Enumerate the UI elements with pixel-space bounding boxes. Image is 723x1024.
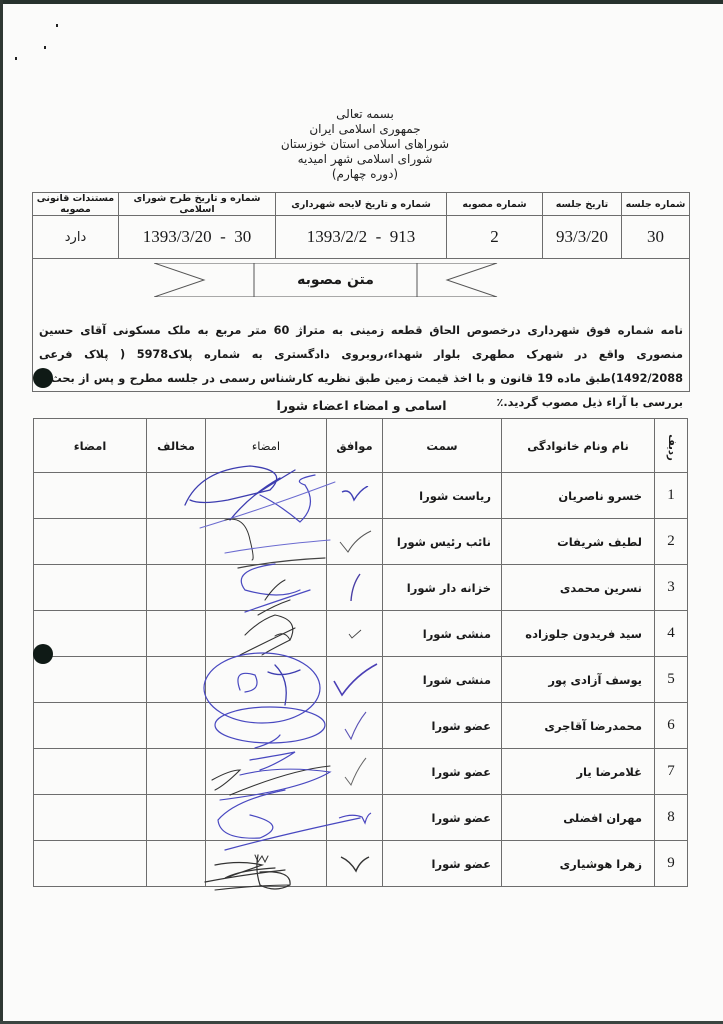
- header-legal-basis: مستندات قانونی مصوبه: [33, 193, 119, 216]
- member-position: ریاست شورا: [383, 473, 502, 519]
- member-position: عضو شورا: [383, 749, 502, 795]
- header-session-date: تاریخ جلسه: [543, 193, 622, 216]
- member-signature-agree: [206, 749, 327, 795]
- member-row-number: 6: [655, 703, 688, 749]
- member-signature-agree: [206, 611, 327, 657]
- council-plan: 1393/3/20 - 30: [119, 216, 276, 259]
- member-signature-disagree: [34, 657, 147, 703]
- member-row: 5 یوسف آزادی پور منشی شورا: [34, 657, 688, 703]
- member-position: منشی شورا: [383, 657, 502, 703]
- checkmark-icon: [343, 711, 367, 741]
- members-section-title: اسامی و امضاء اعضاء شورا: [0, 398, 723, 413]
- member-name: سید فریدون جلوزاده: [502, 611, 655, 657]
- info-table-header-row: شماره جلسه تاریخ جلسه شماره مصوبه شماره …: [33, 193, 690, 216]
- checkmark-icon: [340, 855, 370, 873]
- header-line-republic: جمهوری اسلامی ایران: [250, 122, 480, 137]
- member-signature-agree: [206, 841, 327, 887]
- member-agree-cell: [327, 795, 383, 841]
- header-session-number: شماره جلسه: [622, 193, 690, 216]
- session-date: 93/3/20: [543, 216, 622, 259]
- member-position: عضو شورا: [383, 795, 502, 841]
- member-row: 7 غلامرضا یار عضو شورا: [34, 749, 688, 795]
- member-row: 2 لطیف شریفات نائب رئیس شورا: [34, 519, 688, 565]
- member-name: غلامرضا یار: [502, 749, 655, 795]
- member-name: محمدرضا آقاجری: [502, 703, 655, 749]
- member-disagree-cell: [147, 473, 206, 519]
- member-row: 8 مهران افضلی عضو شورا: [34, 795, 688, 841]
- member-name: خسرو ناصریان: [502, 473, 655, 519]
- member-signature-disagree: [34, 519, 147, 565]
- document-header: بسمه تعالی جمهوری اسلامی ایران شوراهای ا…: [250, 107, 480, 182]
- member-position: عضو شورا: [383, 841, 502, 887]
- header-disagree: مخالف: [147, 419, 206, 473]
- checkmark-icon: [338, 530, 372, 554]
- member-disagree-cell: [147, 749, 206, 795]
- member-disagree-cell: [147, 611, 206, 657]
- member-agree-cell: [327, 703, 383, 749]
- header-row-number: ردیف: [655, 419, 688, 473]
- member-signature-disagree: [34, 703, 147, 749]
- header-resolution-number: شماره مصوبه: [447, 193, 543, 216]
- member-signature-disagree: [34, 749, 147, 795]
- member-row-number: 5: [655, 657, 688, 703]
- member-agree-cell: [327, 611, 383, 657]
- header-municipality-bill: شماره و تاریخ لایحه شهرداری: [276, 193, 447, 216]
- session-number: 30: [622, 216, 690, 259]
- member-signature-disagree: [34, 565, 147, 611]
- binder-hole: [33, 368, 53, 388]
- scan-speck: [15, 57, 17, 60]
- resolution-number: 2: [447, 216, 543, 259]
- member-name: لطیف شریفات: [502, 519, 655, 565]
- member-signature-disagree: [34, 841, 147, 887]
- member-row-number: 9: [655, 841, 688, 887]
- member-position: منشی شورا: [383, 611, 502, 657]
- council-members-table: ردیف نام ونام خانوادگی سمت موافق امضاء م…: [33, 418, 688, 887]
- member-row: 3 نسرین محمدی خزانه دار شورا: [34, 565, 688, 611]
- member-agree-cell: [327, 473, 383, 519]
- member-row: 4 سید فریدون جلوزاده منشی شورا: [34, 611, 688, 657]
- header-agree: موافق: [327, 419, 383, 473]
- member-agree-cell: [327, 519, 383, 565]
- member-name: زهرا هوشیاری: [502, 841, 655, 887]
- checkmark-icon: [332, 663, 378, 697]
- member-name: نسرین محمدی: [502, 565, 655, 611]
- legal-basis: دارد: [33, 216, 119, 259]
- member-signature-agree: [206, 795, 327, 841]
- municipality-bill: 1393/2/2 - 913: [276, 216, 447, 259]
- info-table-value-row: 30 93/3/20 2 1393/2/2 - 913 1393/3/20 - …: [33, 216, 690, 259]
- member-signature-agree: [206, 565, 327, 611]
- header-line-basmala: بسمه تعالی: [250, 107, 480, 122]
- member-signature-disagree: [34, 473, 147, 519]
- member-signature-agree: [206, 519, 327, 565]
- checkmark-icon: [348, 629, 362, 639]
- member-row: 9 زهرا هوشیاری عضو شورا: [34, 841, 688, 887]
- scan-edge-top: [0, 0, 723, 4]
- checkmark-icon: [340, 486, 370, 506]
- member-agree-cell: [327, 841, 383, 887]
- member-signature-agree: [206, 657, 327, 703]
- member-row-number: 3: [655, 565, 688, 611]
- header-line-province-councils: شوراهای اسلامی استان خوزستان: [250, 137, 480, 152]
- member-disagree-cell: [147, 519, 206, 565]
- header-line-term: (دوره چهارم): [250, 167, 480, 182]
- member-row: 1 خسرو ناصریان ریاست شورا: [34, 473, 688, 519]
- binder-hole: [33, 644, 53, 664]
- member-disagree-cell: [147, 841, 206, 887]
- header-position: سمت: [383, 419, 502, 473]
- member-row-number: 7: [655, 749, 688, 795]
- member-signature-agree: [206, 473, 327, 519]
- member-row-number: 8: [655, 795, 688, 841]
- member-row-number: 2: [655, 519, 688, 565]
- resolution-info-table: شماره جلسه تاریخ جلسه شماره مصوبه شماره …: [32, 192, 690, 259]
- member-disagree-cell: [147, 565, 206, 611]
- header-signature-agree: امضاء: [206, 419, 327, 473]
- member-name: مهران افضلی: [502, 795, 655, 841]
- scan-speck: [56, 24, 58, 27]
- member-agree-cell: [327, 657, 383, 703]
- member-signature-disagree: [34, 795, 147, 841]
- member-row-number: 1: [655, 473, 688, 519]
- resolution-title-banner: متن مصوبه: [154, 263, 569, 297]
- member-agree-cell: [327, 749, 383, 795]
- resolution-text-box: متن مصوبه نامه شماره فوق شهرداری درخصوص …: [32, 255, 690, 392]
- checkmark-icon: [348, 573, 362, 603]
- checkmark-icon: [343, 757, 367, 787]
- member-position: نائب رئیس شورا: [383, 519, 502, 565]
- member-row-number: 4: [655, 611, 688, 657]
- scan-speck: [44, 46, 46, 49]
- header-line-city-council: شورای اسلامی شهر امیدیه: [250, 152, 480, 167]
- member-row: 6 محمدرضا آقاجری عضو شورا: [34, 703, 688, 749]
- member-signature-agree: [206, 703, 327, 749]
- member-position: خزانه دار شورا: [383, 565, 502, 611]
- resolution-title: متن مصوبه: [254, 263, 417, 297]
- member-name: یوسف آزادی پور: [502, 657, 655, 703]
- member-disagree-cell: [147, 703, 206, 749]
- member-agree-cell: [327, 565, 383, 611]
- scan-edge-left: [0, 0, 3, 1024]
- members-header-row: ردیف نام ونام خانوادگی سمت موافق امضاء م…: [34, 419, 688, 473]
- member-disagree-cell: [147, 795, 206, 841]
- member-disagree-cell: [147, 657, 206, 703]
- checkmark-icon: [338, 811, 372, 825]
- header-signature-disagree: امضاء: [34, 419, 147, 473]
- header-full-name: نام ونام خانوادگی: [502, 419, 655, 473]
- member-position: عضو شورا: [383, 703, 502, 749]
- header-council-plan: شماره و تاریخ طرح شورای اسلامی: [119, 193, 276, 216]
